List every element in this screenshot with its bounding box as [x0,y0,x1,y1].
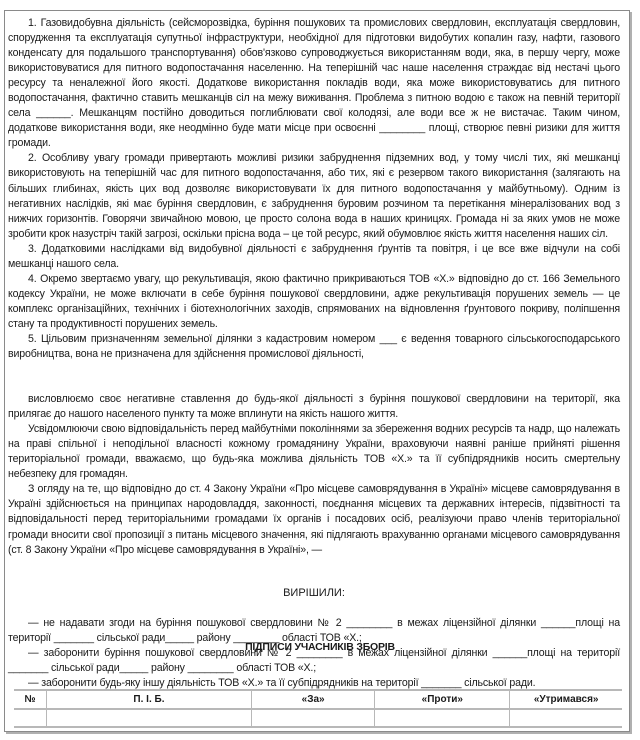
resolved-heading: ВИРІШИЛИ: [8,586,620,601]
column-full-name: П. І. Б. [46,690,251,709]
blank-space [8,362,620,392]
blank-space [8,601,620,616]
column-abstained: «Утримався» [510,690,622,709]
signatures-table: № П. І. Б. «За» «Проти» «Утримався» [14,689,622,728]
paragraph-responsibility: Усвідомлюючи свою відповідальність перед… [8,422,620,482]
cell-for[interactable] [252,709,375,727]
paragraph-1: 1. Газовидобувна діяльність (сейсморозві… [8,16,620,151]
table-row [14,709,622,727]
blank-space [8,558,620,586]
cell-against[interactable] [375,709,510,727]
cell-number[interactable] [14,709,46,727]
paragraph-4: 4. Окремо звертаємо увагу, що рекультива… [8,272,620,332]
paragraph-2: 2. Особливу увагу громади привертають мо… [8,151,620,241]
signatures-title: ПІДПИСИ УЧАСНИКІВ ЗБОРІВ [0,641,640,653]
document-body: 1. Газовидобувна діяльність (сейсморозві… [8,16,620,691]
cell-full-name[interactable] [46,709,251,727]
cell-abstained[interactable] [510,709,622,727]
column-number: № [14,690,46,709]
paragraph-5: 5. Цільовим призначенням земельної ділян… [8,332,620,362]
paragraph-legal-basis: З огляду на те, що відповідно до ст. 4 З… [8,482,620,557]
paragraph-statement: висловлюємо своє негативне ставлення до … [8,392,620,422]
signatures-header-row: № П. І. Б. «За» «Проти» «Утримався» [14,690,622,709]
paragraph-3: 3. Додатковими наслідками від видобувної… [8,242,620,272]
column-against: «Проти» [375,690,510,709]
column-for: «За» [252,690,375,709]
